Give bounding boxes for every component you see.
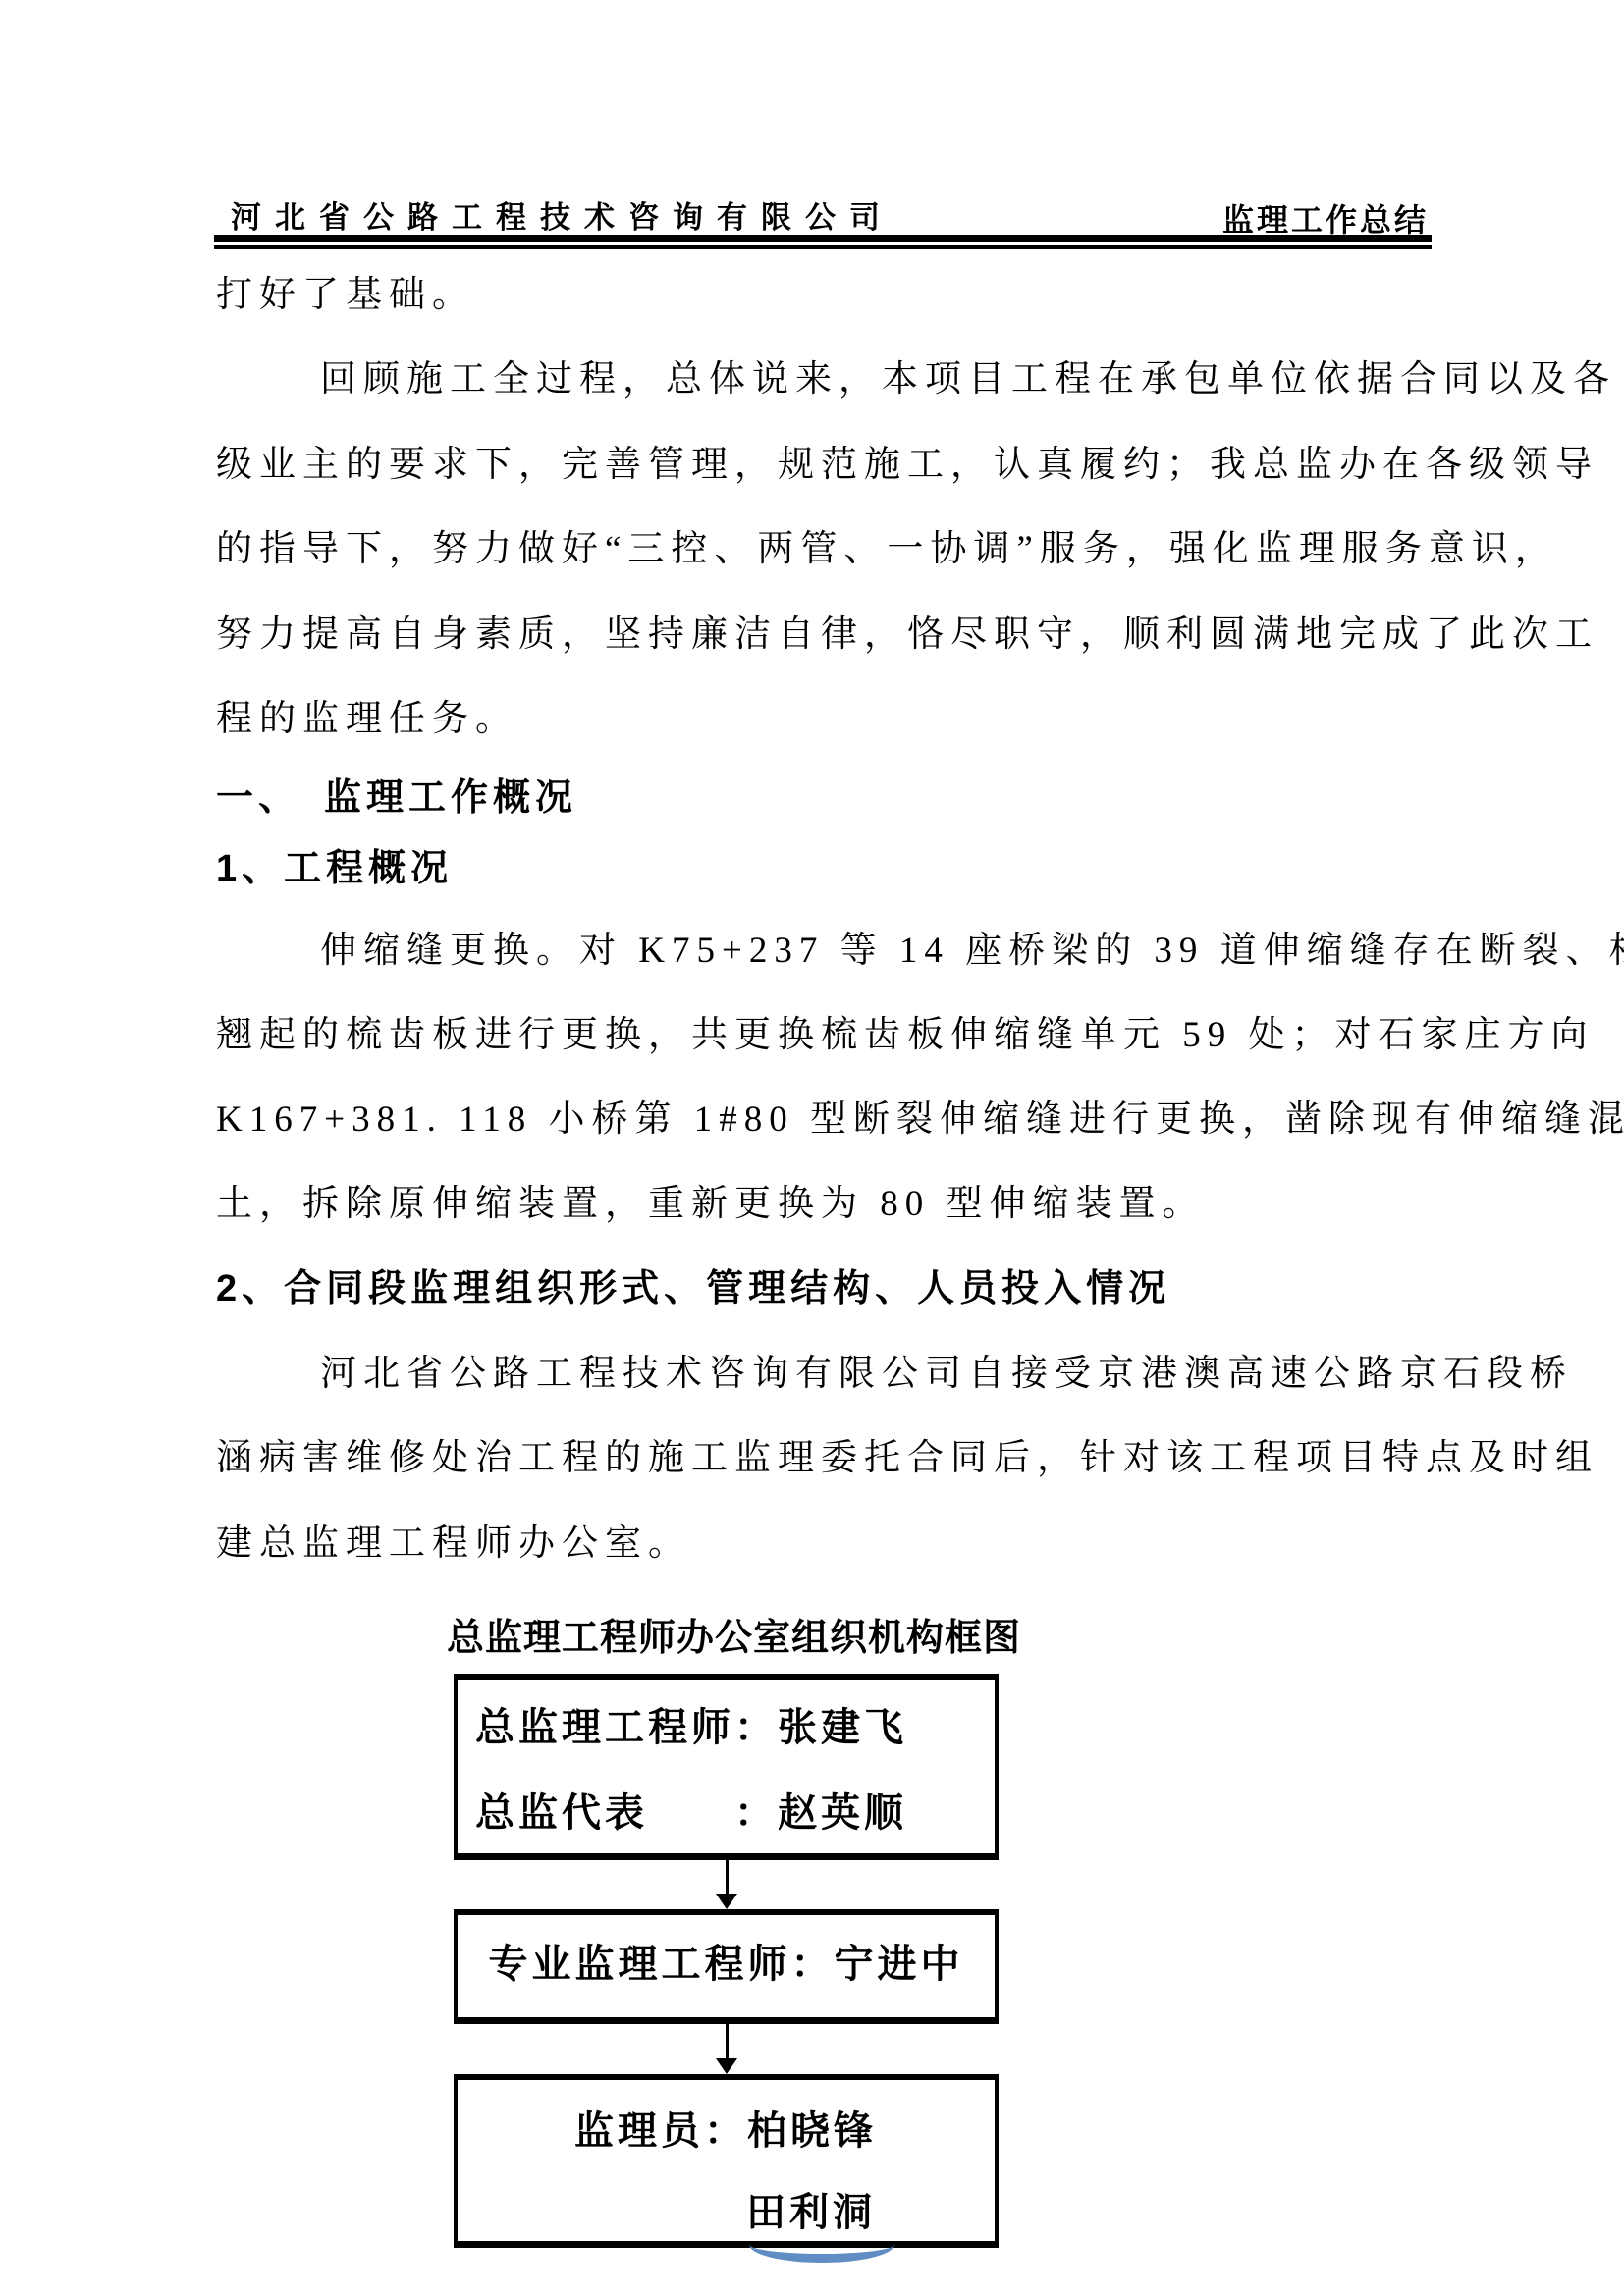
paragraph-line: 的指导下，努力做好“三控、两管、一协调”服务，强化监理服务意识， [216, 527, 1443, 572]
org-box-text: 监理员：柏晓锋 [458, 2109, 995, 2154]
org-box-text: 总监代表 ：赵英顺 [458, 1790, 995, 1836]
paragraph-line: 涵病害维修处治工程的施工监理委托合同后，针对该工程项目特点及时组 [216, 1436, 1443, 1481]
flow-arrow-down-icon [726, 2024, 729, 2059]
paragraph-line: 级业主的要求下，完善管理，规范施工，认真履约；我总监办在各级领导 [216, 443, 1443, 488]
org-chart-title: 总监理工程师办公室组织机构框图 [447, 1607, 1021, 1661]
flow-arrow-down-icon [726, 1860, 729, 1895]
org-chart-box-chief-engineer: 总监理工程师：张建飞 总监代表 ：赵英顺 [454, 1674, 999, 1860]
header-company-name: 河北省公路工程技术咨询有限公司 [231, 192, 893, 237]
paragraph-line: 河北省公路工程技术咨询有限公司自接受京港澳高速公路京石段桥 [216, 1352, 1547, 1397]
paragraph-line: 打好了基础。 [216, 273, 1443, 318]
document-page: 河北省公路工程技术咨询有限公司 监理工作总结 打好了基础。 回顾施工全过程，总体… [0, 0, 1624, 2296]
blue-ink-smudge [749, 2226, 894, 2263]
org-chart-box-professional-engineer: 专业监理工程师：宁进中 [454, 1909, 999, 2024]
paragraph-line: K167+381. 118 小桥第 1#80 型断裂伸缩缝进行更换，凿除现有伸缩… [216, 1097, 1443, 1143]
paragraph-line: 翘起的梳齿板进行更换，共更换梳齿板伸缩缝单元 59 处；对石家庄方向 [216, 1013, 1443, 1058]
header-double-rule [214, 235, 1432, 249]
paragraph-line: 努力提高自身素质，坚持廉洁自律，恪尽职守，顺利圆满地完成了此次工 [216, 613, 1443, 658]
sub-heading: 1、工程概况 [216, 846, 1443, 891]
org-box-text: 专业监理工程师：宁进中 [458, 1942, 995, 1987]
org-chart-box-supervisors: 监理员：柏晓锋 田利洞 [454, 2074, 999, 2248]
paragraph-line: 伸缩缝更换。对 K75+237 等 14 座桥梁的 39 道伸缩缝存在断裂、松动… [216, 929, 1547, 974]
org-box-text: 田利洞 [458, 2190, 995, 2235]
paragraph-line: 回顾施工全过程，总体说来，本项目工程在承包单位依据合同以及各 [216, 357, 1547, 402]
sub-heading: 2、合同段监理组织形式、管理结构、人员投入情况 [216, 1266, 1443, 1311]
paragraph-line: 建总监理工程师办公室。 [216, 1522, 1443, 1567]
paragraph-line: 土，拆除原伸缩装置，重新更换为 80 型伸缩装置。 [216, 1182, 1443, 1227]
flow-arrowhead-icon [716, 2058, 737, 2074]
section-heading: 一、 监理工作概况 [216, 775, 1443, 821]
flow-arrowhead-icon [716, 1894, 737, 1909]
paragraph-line: 程的监理任务。 [216, 697, 1443, 742]
org-box-text: 总监理工程师：张建飞 [458, 1705, 995, 1750]
